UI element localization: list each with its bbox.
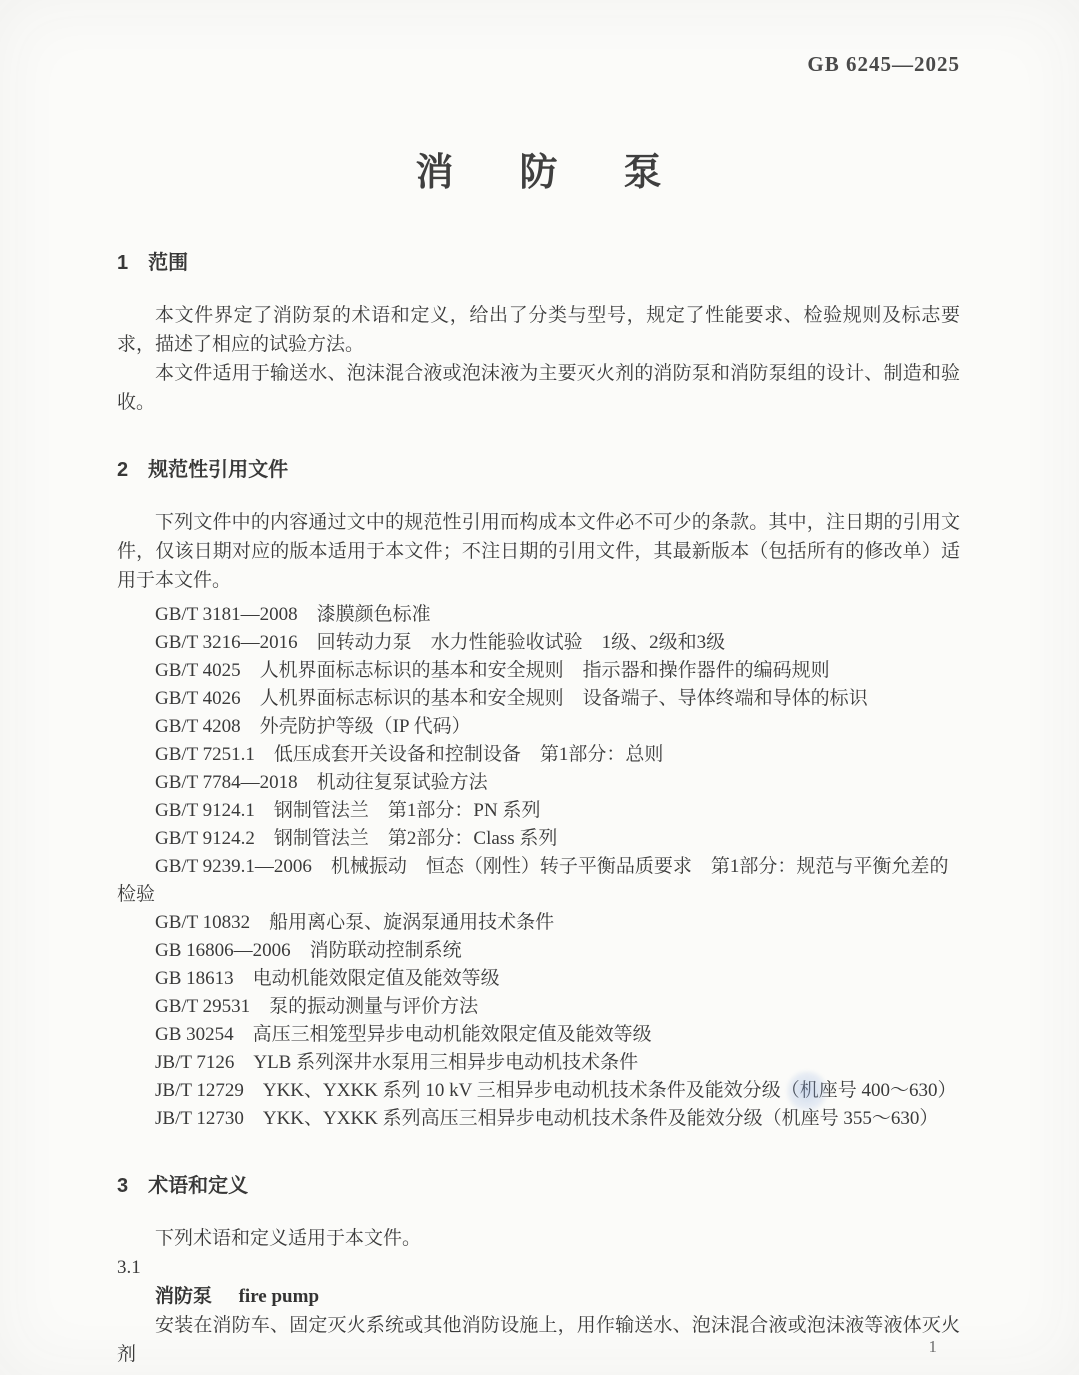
section-scope: 1 范围 本文件界定了消防泵的术语和定义，给出了分类与型号，规定了性能要求、检验… [117,246,960,417]
reference-item: GB/T 9239.1—2006 机械振动 恒态（刚性）转子平衡品质要求 第1部… [117,853,960,909]
reference-item: GB/T 7251.1 低压成套开关设备和控制设备 第1部分：总则 [117,741,960,769]
document-title: 消 防 泵 [117,141,960,196]
term-en: fire pump [239,1286,319,1307]
section-normative-references: 2 规范性引用文件 下列文件中的内容通过文中的规范性引用而构成本文件必不可少的条… [117,453,960,1133]
page-number: 1 [929,1337,938,1357]
reference-item: GB/T 3216—2016 回转动力泵 水力性能验收试验 1级、2级和3级 [117,629,960,657]
reference-item: GB/T 9124.2 钢制管法兰 第2部分：Class 系列 [117,825,960,853]
terms-intro: 下列术语和定义适用于本文件。 [117,1224,960,1253]
reference-item: GB/T 7784—2018 机动往复泵试验方法 [117,769,960,797]
reference-item: GB/T 9124.1 钢制管法兰 第1部分：PN 系列 [117,797,960,825]
reference-item: GB 30254 高压三相笼型异步电动机能效限定值及能效等级 [117,1021,960,1049]
scope-paragraph: 本文件适用于输送水、泡沫混合液或泡沫液为主要灭火剂的消防泵和消防泵组的设计、制造… [117,359,960,417]
term-number: 3.1 [117,1253,960,1282]
scope-paragraph: 本文件界定了消防泵的术语和定义，给出了分类与型号，规定了性能要求、检验规则及标志… [117,301,960,359]
reference-item: GB 16806—2006 消防联动控制系统 [117,937,960,965]
document-page: GB 6245—2025 消 防 泵 1 范围 本文件界定了消防泵的术语和定义，… [0,0,1079,1375]
term-definition: 安装在消防车、固定灭火系统或其他消防设施上，用作输送水、泡沫混合液或泡沫液等液体… [117,1311,960,1369]
term-title: 消防泵fire pump [117,1282,960,1311]
reference-item: GB/T 4208 外壳防护等级（IP 代码） [117,713,960,741]
term-zh: 消防泵 [155,1286,212,1307]
terms-heading: 3 术语和定义 [117,1169,960,1198]
section-terms-definitions: 3 术语和定义 下列术语和定义适用于本文件。 3.1 消防泵fire pump … [117,1169,960,1369]
reference-item: JB/T 12730 YKK、YXKK 系列高压三相异步电动机技术条件及能效分级… [117,1105,960,1133]
reference-item: JB/T 12729 YKK、YXKK 系列 10 kV 三相异步电动机技术条件… [117,1077,960,1105]
scope-heading: 1 范围 [117,246,960,275]
reference-item: GB/T 4026 人机界面标志标识的基本和安全规则 设备端子、导体终端和导体的… [117,685,960,713]
reference-item: JB/T 7126 YLB 系列深井水泵用三相异步电动机技术条件 [117,1049,960,1077]
reference-item: GB 18613 电动机能效限定值及能效等级 [117,965,960,993]
reference-item: GB/T 29531 泵的振动测量与评价方法 [117,993,960,1021]
reference-list: GB/T 3181—2008 漆膜颜色标准 GB/T 3216—2016 回转动… [117,601,960,1133]
references-heading: 2 规范性引用文件 [117,453,960,482]
reference-item: GB/T 10832 船用离心泵、旋涡泵通用技术条件 [117,909,960,937]
standard-code: GB 6245—2025 [117,0,960,77]
reference-item: GB/T 3181—2008 漆膜颜色标准 [117,601,960,629]
reference-item: GB/T 4025 人机界面标志标识的基本和安全规则 指示器和操作器件的编码规则 [117,657,960,685]
references-intro: 下列文件中的内容通过文中的规范性引用而构成本文件必不可少的条款。其中，注日期的引… [117,508,960,595]
